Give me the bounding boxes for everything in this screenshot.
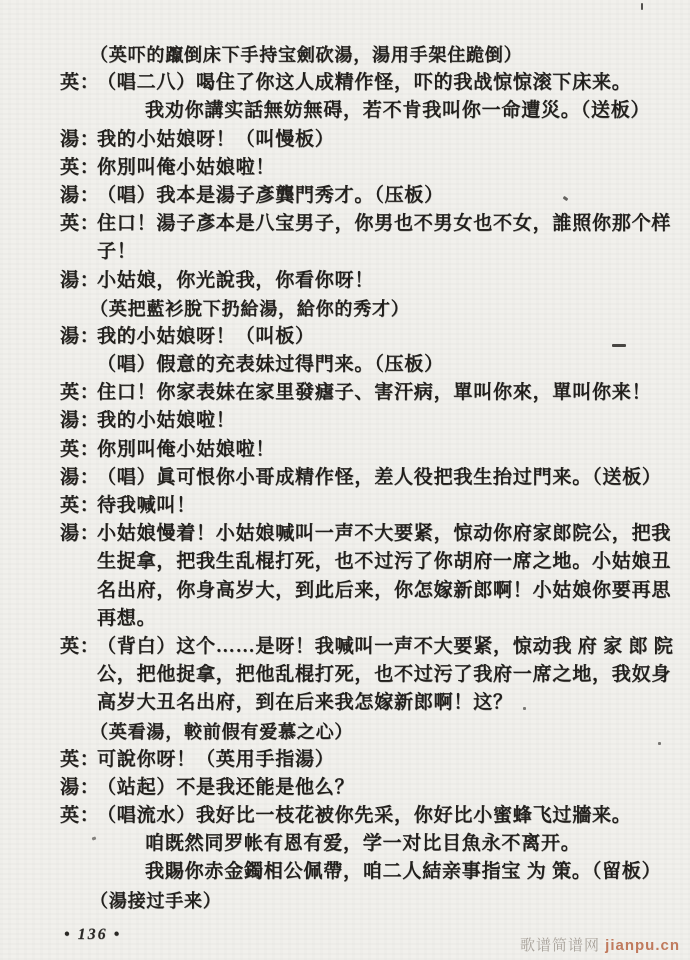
script-line: 湯：小姑娘，你光說我，你看你呀！ — [60, 267, 690, 295]
speaker-label: 英： — [60, 210, 100, 238]
script-line: 再想。 — [60, 605, 690, 633]
line-text: 小姑娘，你光說我，你看你呀！ — [97, 267, 374, 295]
speaker-label: 湯： — [60, 182, 100, 210]
script-line: 湯：小姑娘慢着！小姑娘喊叫一声不大要紧，惊动你府家郎院公，把我 — [60, 520, 690, 548]
line-text: 小姑娘慢着！小姑娘喊叫一声不大要紧，惊动你府家郎院公，把我 — [97, 520, 671, 548]
script-text-block: （英吓的躥倒床下手持宝劍砍湯，湯用手架住跪倒）英：（唱二八）喝住了你这人成精作怪… — [60, 41, 690, 915]
line-text: 住口！湯子彥本是八宝男子，你男也不男女也不女，誰照你那个样 — [97, 210, 671, 238]
page-number: • 136 • — [64, 926, 121, 944]
script-line: 湯：（唱）我本是湯子彥龔門秀才。（压板） — [60, 182, 690, 210]
speaker-label: 湯： — [60, 407, 100, 435]
line-text: 待我喊叫！ — [97, 492, 196, 520]
script-line: 我劝你講实話無妨無碍，若不肯我叫你一命遭災。（送板） — [60, 97, 690, 125]
script-line: （英看湯，較前假有爱慕之心） — [60, 718, 690, 746]
speaker-label: 英： — [60, 154, 100, 182]
line-text: 我賜你赤金鐲相公佩帶，咱二人結亲事指宝 为 策。（留板） — [145, 858, 661, 886]
line-text: （背白）这个……是呀！我喊叫一声不大要紧，惊动我 府 家 郎 院 — [97, 633, 674, 661]
script-line: （湯接过手来） — [60, 887, 690, 915]
script-line: 名出府，你身高岁大，到此后来，你怎嫁新郎啊！小姑娘你要再思 — [60, 577, 690, 605]
speaker-label: 英： — [60, 69, 100, 97]
script-line: 湯：我的小姑娘呀！（叫板） — [60, 323, 690, 351]
line-text: 高岁大丑名出府，到在后来我怎嫁新郎啊！这？ — [97, 689, 513, 717]
speaker-label: 英： — [60, 492, 100, 520]
speaker-label: 湯： — [60, 267, 100, 295]
page-footer: • 136 • 歌谱简谱网 jianpu.cn — [0, 924, 690, 950]
speaker-label: 英： — [60, 633, 100, 661]
line-text: 我的小姑娘啦！ — [97, 407, 236, 435]
line-text: 我的小姑娘呀！（叫板） — [97, 323, 315, 351]
stage-direction-text: （英看湯，較前假有爱慕之心） — [90, 718, 353, 746]
speaker-label: 湯： — [60, 323, 100, 351]
line-text: （唱二八）喝住了你这人成精作怪，吓的我战惊惊滚下床来。 — [97, 69, 632, 97]
script-line: （英把藍衫脫下扔給湯，給你的秀才） — [60, 295, 690, 323]
script-line: 湯：（站起）不是我还能是他么？ — [60, 774, 690, 802]
scan-speck — [523, 707, 526, 710]
script-line: （唱）假意的充表妹过得門来。（压板） — [60, 351, 690, 379]
script-line: 英：（唱流水）我好比一枝花被你先采，你好比小蜜蜂飞过牆来。 — [60, 802, 690, 830]
line-text: 生捉拿，把我生乱棍打死，也不过污了你胡府一席之地。小姑娘丑 — [97, 548, 671, 576]
script-line: 湯：（唱）眞可恨你小哥成精作怪，差人役把我生抬过門来。（送板） — [60, 464, 690, 492]
script-line: 英：可說你呀！（英用手指湯） — [60, 746, 690, 774]
scanned-page: （英吓的躥倒床下手持宝劍砍湯，湯用手架住跪倒）英：（唱二八）喝住了你这人成精作怪… — [0, 0, 690, 960]
script-line: 高岁大丑名出府，到在后来我怎嫁新郎啊！这？ — [60, 689, 690, 717]
script-line: 我賜你赤金鐲相公佩帶，咱二人結亲事指宝 为 策。（留板） — [60, 858, 690, 886]
watermark: 歌谱简谱网 jianpu.cn — [520, 934, 680, 955]
scan-speck — [658, 742, 661, 745]
stage-direction-text: （英吓的躥倒床下手持宝劍砍湯，湯用手架住跪倒） — [90, 41, 522, 69]
speaker-label: 英： — [60, 802, 100, 830]
line-text: 可說你呀！（英用手指湯） — [97, 746, 335, 774]
script-line: 生捉拿，把我生乱棍打死，也不过污了你胡府一席之地。小姑娘丑 — [60, 548, 690, 576]
script-line: 湯：我的小姑娘呀！（叫慢板） — [60, 126, 690, 154]
line-text: （唱）假意的充表妹过得門来。（压板） — [97, 351, 444, 379]
watermark-site-url[interactable]: jianpu.cn — [605, 937, 680, 954]
scan-speck — [612, 344, 626, 347]
scan-speck — [641, 3, 643, 10]
scan-speck — [607, 649, 610, 652]
line-text: 你別叫俺小姑娘啦！ — [97, 436, 275, 464]
speaker-label: 湯： — [60, 126, 100, 154]
script-line: 公，把他捉拿，把他乱棍打死，也不过污了我府一席之地，我奴身 — [60, 661, 690, 689]
line-text: （唱流水）我好比一枝花被你先采，你好比小蜜蜂飞过牆来。 — [97, 802, 632, 830]
script-line: 英：住口！你家表妹在家里發瘧子、害汗病，單叫你來，單叫你来！ — [60, 379, 690, 407]
line-text: （站起）不是我还能是他么？ — [97, 774, 354, 802]
script-line: （英吓的躥倒床下手持宝劍砍湯，湯用手架住跪倒） — [60, 41, 690, 69]
script-line: 英：你別叫俺小姑娘啦！ — [60, 154, 690, 182]
line-text: 公，把他捉拿，把他乱棍打死，也不过污了我府一席之地，我奴身 — [97, 661, 671, 689]
script-line: 子！ — [60, 238, 690, 266]
line-text: 子！ — [97, 238, 137, 266]
line-text: 住口！你家表妹在家里發瘧子、害汗病，單叫你來，單叫你来！ — [97, 379, 651, 407]
speaker-label: 英： — [60, 436, 100, 464]
stage-direction-text: （湯接过手来） — [90, 887, 222, 915]
line-text: 名出府，你身高岁大，到此后来，你怎嫁新郎啊！小姑娘你要再思 — [97, 577, 671, 605]
speaker-label: 湯： — [60, 774, 100, 802]
line-text: （唱）我本是湯子彥龔門秀才。（压板） — [97, 182, 444, 210]
script-line: 英：（背白）这个……是呀！我喊叫一声不大要紧，惊动我 府 家 郎 院 — [60, 633, 690, 661]
speaker-label: 湯： — [60, 464, 100, 492]
line-text: 我劝你講实話無妨無碍，若不肯我叫你一命遭災。（送板） — [145, 97, 650, 125]
line-text: 你別叫俺小姑娘啦！ — [97, 154, 275, 182]
line-text: 我的小姑娘呀！（叫慢板） — [97, 126, 335, 154]
speaker-label: 湯： — [60, 520, 100, 548]
script-line: 咱既然同罗帐有恩有爱，学一对比目魚永不离开。 — [60, 830, 690, 858]
line-text: 咱既然同罗帐有恩有爱，学一对比目魚永不离开。 — [145, 830, 581, 858]
script-line: 英：住口！湯子彥本是八宝男子，你男也不男女也不女，誰照你那个样 — [60, 210, 690, 238]
speaker-label: 英： — [60, 379, 100, 407]
script-line: 英：（唱二八）喝住了你这人成精作怪，吓的我战惊惊滚下床来。 — [60, 69, 690, 97]
stage-direction-text: （英把藍衫脫下扔給湯，給你的秀才） — [90, 295, 410, 323]
line-text: （唱）眞可恨你小哥成精作怪，差人役把我生抬过門来。（送板） — [97, 464, 662, 492]
script-line: 英：待我喊叫！ — [60, 492, 690, 520]
script-line: 英：你別叫俺小姑娘啦！ — [60, 436, 690, 464]
line-text: 再想。 — [97, 605, 156, 633]
script-line: 湯：我的小姑娘啦！ — [60, 407, 690, 435]
watermark-site-name: 歌谱简谱网 — [520, 937, 600, 954]
speaker-label: 英： — [60, 746, 100, 774]
